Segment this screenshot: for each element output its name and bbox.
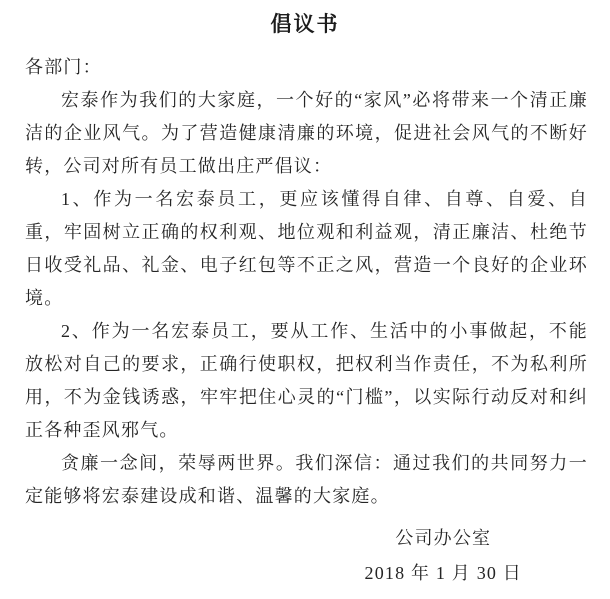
paragraph-item-1: 1、作为一名宏泰员工，更应该懂得自律、自尊、自爱、自重，牢固树立正确的权利观、地… [25, 183, 588, 315]
salutation: 各部门： [25, 51, 588, 84]
paragraph-item-2: 2、作为一名宏泰员工，要从工作、生活中的小事做起，不能放松对自己的要求，正确行使… [25, 315, 588, 447]
signature-block: 公司办公室 2018 年 1 月 30 日 [365, 521, 523, 591]
signature-date: 2018 年 1 月 30 日 [365, 556, 523, 591]
signature-department: 公司办公室 [365, 521, 523, 556]
paragraph-intro: 宏泰作为我们的大家庭，一个好的“家风”必将带来一个清正廉洁的企业风气。为了营造健… [25, 84, 588, 183]
document-title: 倡议书 [0, 0, 610, 39]
document-page: 倡议书 各部门： 宏泰作为我们的大家庭，一个好的“家风”必将带来一个清正廉洁的企… [0, 0, 610, 599]
document-body: 各部门： 宏泰作为我们的大家庭，一个好的“家风”必将带来一个清正廉洁的企业风气。… [25, 51, 588, 513]
paragraph-closing: 贪廉一念间，荣辱两世界。我们深信：通过我们的共同努力一定能够将宏泰建设成和谐、温… [25, 447, 588, 513]
